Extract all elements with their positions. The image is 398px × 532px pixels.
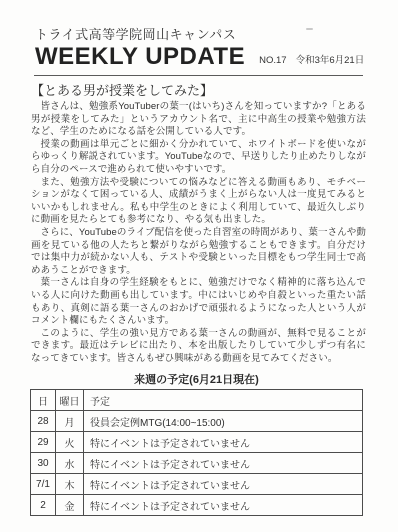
cell-weekday: 水 xyxy=(56,453,84,474)
article: 【とある男が授業をしてみた】 皆さんは、勉強系YouTuberの葉一(はいち)さ… xyxy=(0,76,398,365)
article-paragraph: 授業の動画は単元ごとに細かく分かれていて、ホワイトボードを使いながらゆっくり解説… xyxy=(31,139,366,177)
cell-date: 29 xyxy=(31,432,56,453)
cell-date: 7/1 xyxy=(31,474,56,495)
article-paragraph: このように、学生の強い見方である葉一さんの動画が、無料で見ることができます。最近… xyxy=(31,328,366,366)
table-row: 28 月 役員会定例MTG(14:00~15:00) xyxy=(31,411,363,432)
column-header-date: 日 xyxy=(31,390,56,411)
schedule-title: 来週の予定(6月21日現在) xyxy=(30,374,363,387)
issue-date: 令和3年6月21日 xyxy=(296,55,365,66)
title-row: WEEKLY UPDATE NO.17 令和3年6月21日 xyxy=(35,44,363,70)
article-paragraph: さらに、YouTubeのライブ配信を使った自習室の時間があり、葉一さんや動画を見… xyxy=(31,227,366,277)
campus-name: トライ式高等学院岡山キャンパス xyxy=(35,27,363,42)
article-paragraph: また、勉強方法や受験についての悩みなどに答える動画もあり、モチベーションがなくて… xyxy=(31,177,366,227)
cell-date: 30 xyxy=(31,453,56,474)
cell-weekday: 月 xyxy=(56,411,84,432)
newsletter-page: トライ式高等学院岡山キャンパス WEEKLY UPDATE NO.17 令和3年… xyxy=(0,0,398,532)
table-row: 2 金 特にイベントは予定されていません xyxy=(31,495,363,516)
schedule-table: 日 曜日 予定 28 月 役員会定例MTG(14:00~15:00) 29 火 … xyxy=(30,389,363,516)
table-row: 30 水 特にイベントは予定されていません xyxy=(31,453,363,474)
column-header-weekday: 曜日 xyxy=(56,390,84,411)
issue-number: NO.17 xyxy=(259,55,286,66)
article-paragraph: 葉一さんは自身の学生経験をもとに、勉強だけでなく精神的に落ち込んでいる人に向けた… xyxy=(31,277,366,327)
scan-artifact xyxy=(306,28,313,30)
cell-date: 28 xyxy=(31,411,56,432)
article-heading: 【とある男が授業をしてみた】 xyxy=(31,83,366,99)
newsletter-header: トライ式高等学院岡山キャンパス WEEKLY UPDATE NO.17 令和3年… xyxy=(0,0,398,70)
newsletter-title: WEEKLY UPDATE xyxy=(35,44,245,70)
cell-weekday: 火 xyxy=(56,432,84,453)
cell-plan: 特にイベントは予定されていません xyxy=(84,495,363,516)
table-row: 29 火 特にイベントは予定されていません xyxy=(31,432,363,453)
schedule-section: 来週の予定(6月21日現在) 日 曜日 予定 28 月 役員会定例MTG(14:… xyxy=(0,365,398,516)
cell-plan: 特にイベントは予定されていません xyxy=(84,453,363,474)
cell-plan: 役員会定例MTG(14:00~15:00) xyxy=(84,411,363,432)
table-row: 7/1 木 特にイベントは予定されていません xyxy=(31,474,363,495)
cell-plan: 特にイベントは予定されていません xyxy=(84,474,363,495)
cell-date: 2 xyxy=(31,495,56,516)
article-paragraph: 皆さんは、勉強系YouTuberの葉一(はいち)さんを知っていますか?「とある男… xyxy=(31,101,366,139)
column-header-plan: 予定 xyxy=(84,390,363,411)
table-header-row: 日 曜日 予定 xyxy=(31,390,363,411)
cell-weekday: 木 xyxy=(56,474,84,495)
cell-plan: 特にイベントは予定されていません xyxy=(84,432,363,453)
issue-info: NO.17 令和3年6月21日 xyxy=(259,55,364,70)
cell-weekday: 金 xyxy=(56,495,84,516)
